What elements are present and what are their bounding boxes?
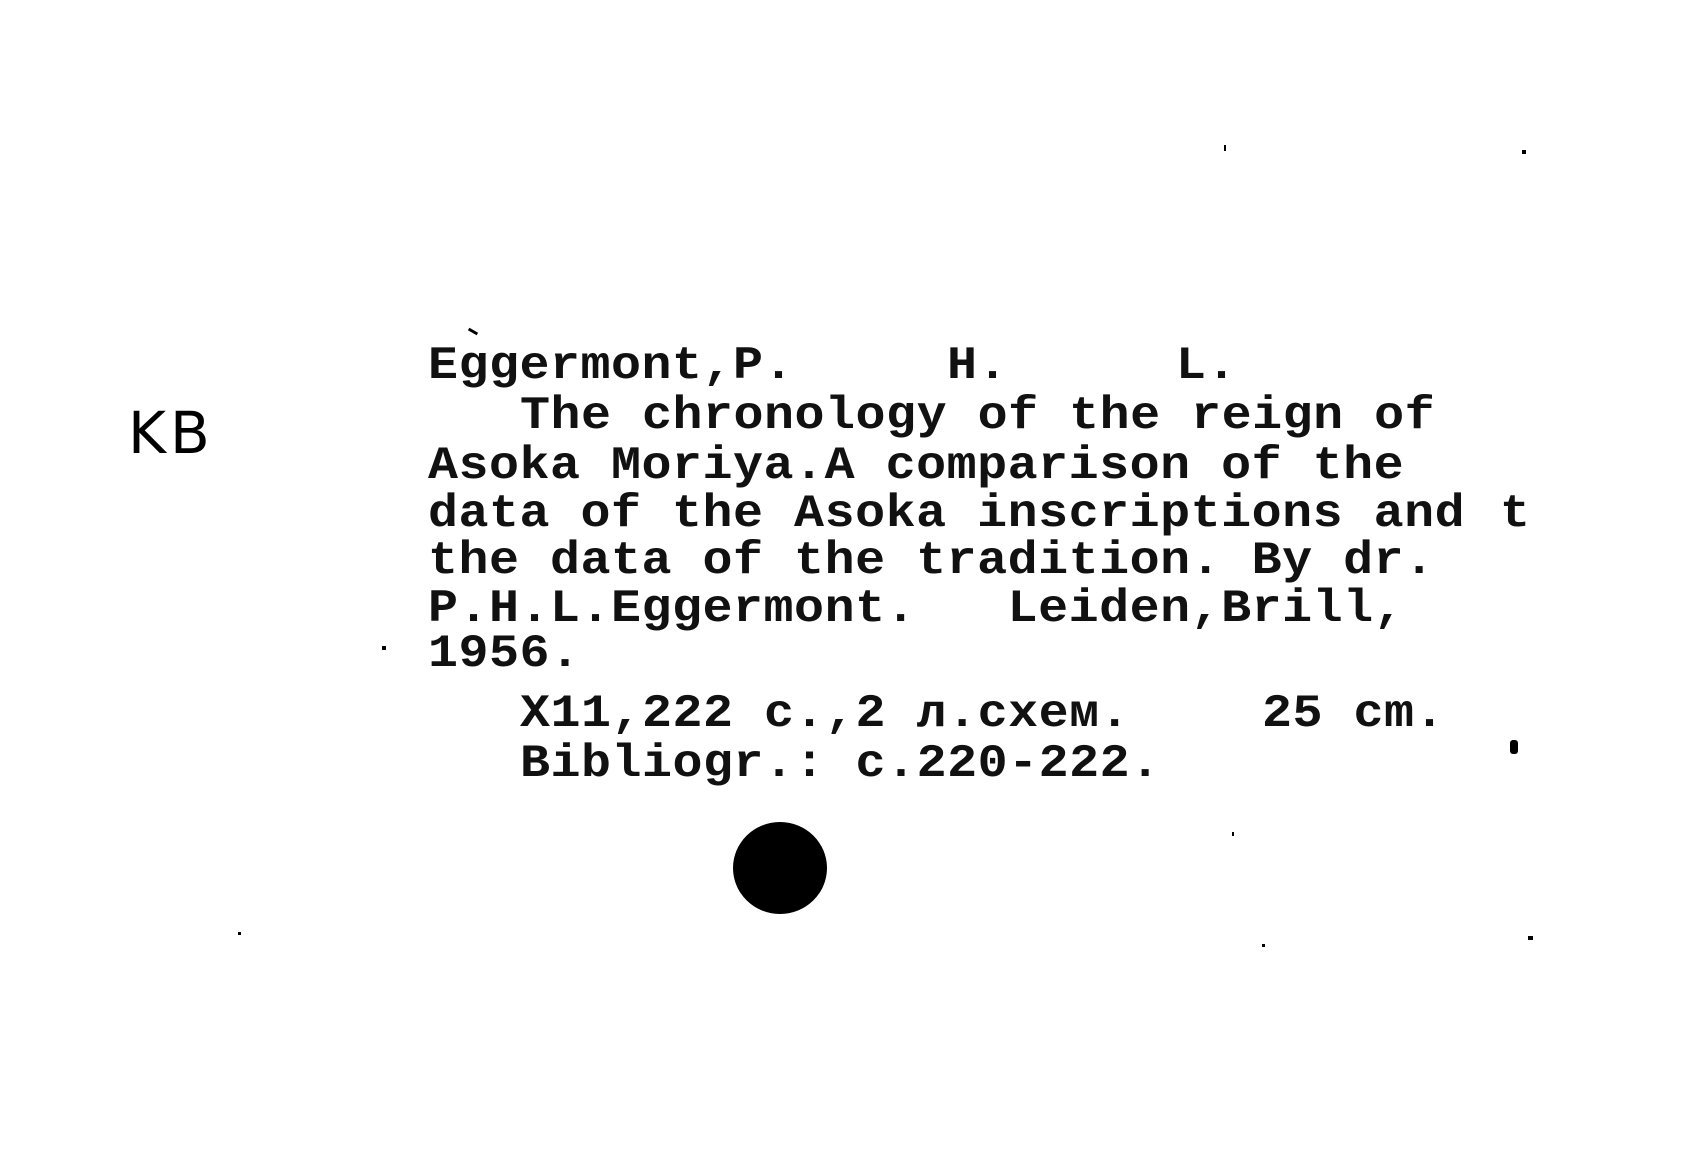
author-surname: Eggermont,P. — [428, 344, 794, 390]
speck — [468, 328, 478, 336]
bibliography-note: Bibliogr.: c.220-222. — [520, 742, 1161, 788]
title-line-3: data of the Asoka inscriptions and — [428, 492, 1465, 538]
imprint-line: P.H.L.Eggermont. Leiden,Brill, — [428, 587, 1404, 633]
speck — [1510, 740, 1518, 754]
overflow-letter: t — [1500, 492, 1531, 538]
catalog-card: KB Eggermont,P. H. L. The chronology of … — [0, 0, 1696, 1176]
title-line-4: the data of the tradition. By dr. — [428, 539, 1435, 585]
speck — [1232, 832, 1234, 836]
collation-size: 25 cm. — [1262, 692, 1445, 738]
author-initial-h: H. — [947, 344, 1008, 390]
speck — [382, 646, 386, 650]
title-line-1: The chronology of the reign of — [520, 394, 1435, 440]
shelf-mark: KB — [128, 404, 214, 462]
punch-hole — [733, 822, 827, 914]
speck — [238, 932, 241, 935]
speck — [1224, 145, 1226, 151]
imprint-year: 1956. — [428, 632, 581, 678]
speck — [1262, 944, 1265, 947]
speck — [1528, 936, 1533, 940]
author-initial-l: L. — [1176, 344, 1237, 390]
collation-pages: X11,222 c.,2 л.схем. — [520, 692, 1130, 738]
title-line-2: Asoka Moriya.A comparison of the — [428, 444, 1404, 490]
speck — [1522, 150, 1526, 154]
